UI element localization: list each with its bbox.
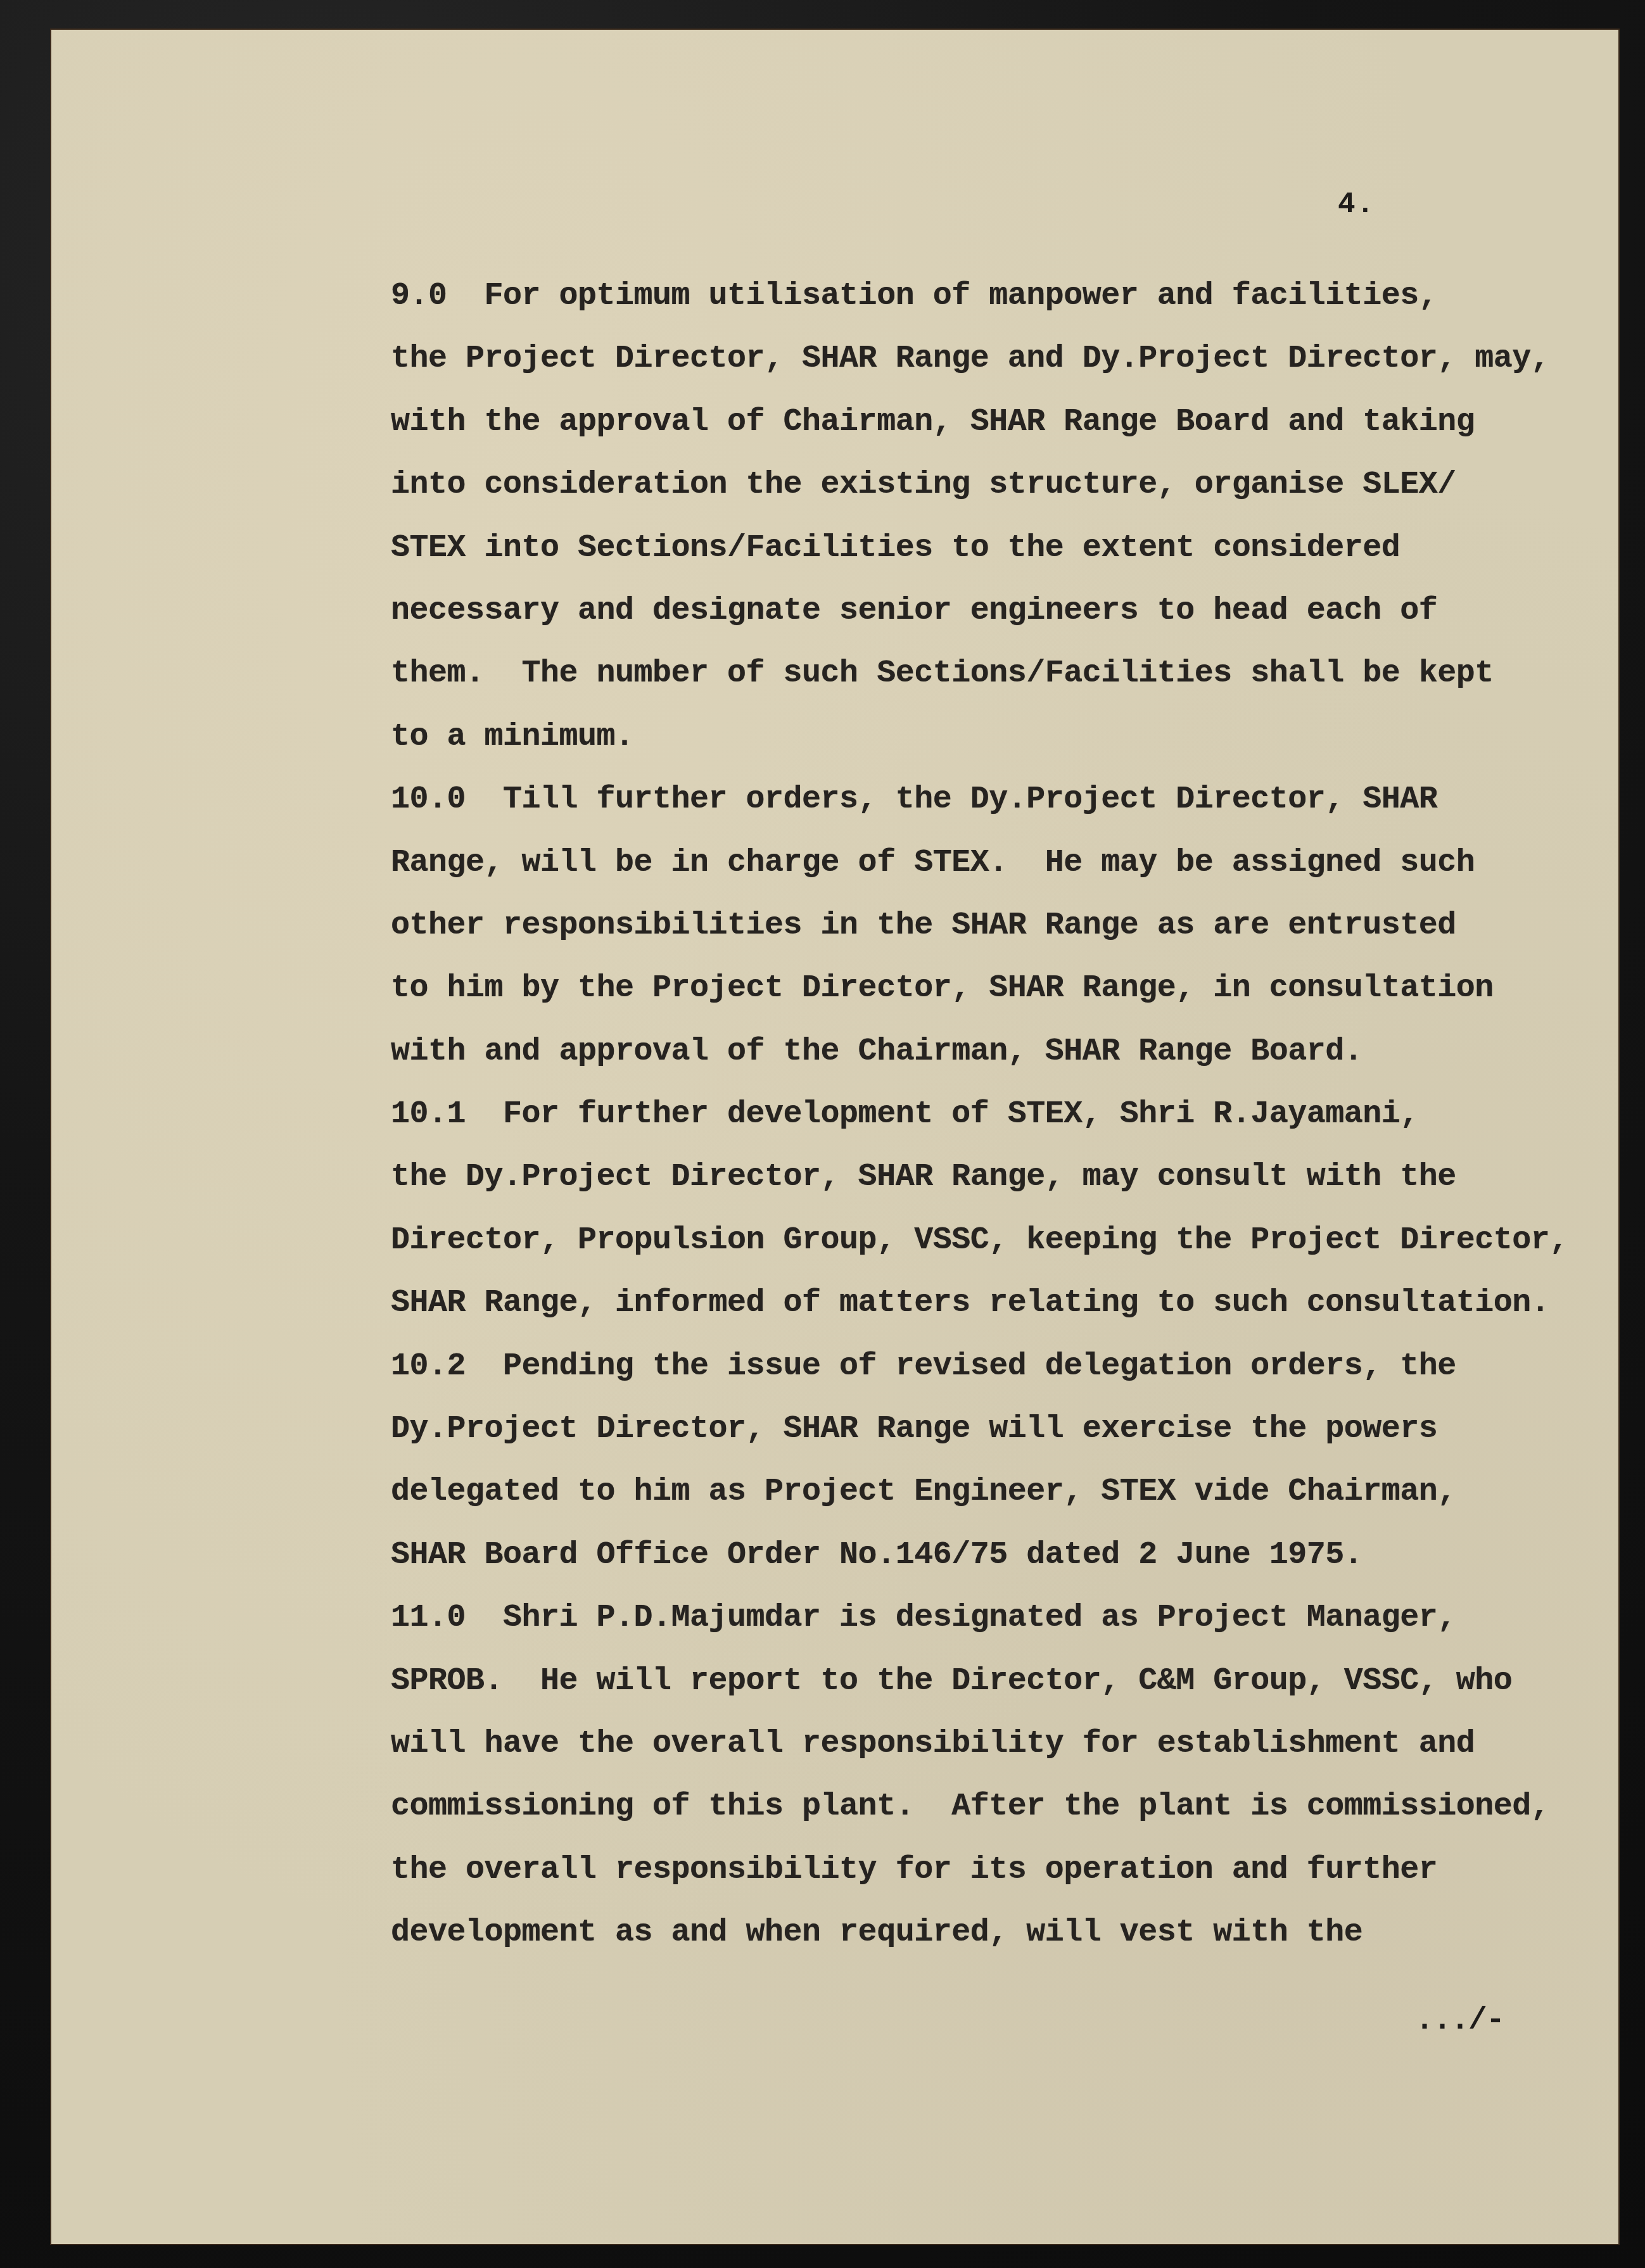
text-line: 11.0 Shri P.D.Majumdar is designated as …: [391, 1599, 1626, 1662]
text-line: other responsibilities in the SHAR Range…: [391, 907, 1626, 970]
text-line: with the approval of Chairman, SHAR Rang…: [391, 403, 1626, 466]
text-line: 10.2 Pending the issue of revised delega…: [391, 1348, 1626, 1410]
text-line: SPROB. He will report to the Director, C…: [391, 1663, 1626, 1725]
text-line: commissioning of this plant. After the p…: [391, 1788, 1626, 1851]
text-line: 10.1 For further development of STEX, Sh…: [391, 1096, 1626, 1158]
document-body: 9.0 For optimum utilisation of manpower …: [391, 277, 1626, 1977]
text-line: the Dy.Project Director, SHAR Range, may…: [391, 1158, 1626, 1221]
text-line: Director, Propulsion Group, VSSC, keepin…: [391, 1222, 1626, 1284]
text-line: STEX into Sections/Facilities to the ext…: [391, 529, 1626, 592]
text-line: to him by the Project Director, SHAR Ran…: [391, 970, 1626, 1032]
paragraph-10-2: 10.2 Pending the issue of revised delega…: [391, 1348, 1626, 1600]
text-line: development as and when required, will v…: [391, 1914, 1626, 1977]
text-line: the overall responsibility for its opera…: [391, 1851, 1626, 1914]
paragraph-10-1: 10.1 For further development of STEX, Sh…: [391, 1096, 1626, 1348]
text-line: them. The number of such Sections/Facili…: [391, 655, 1626, 718]
paragraph-11-0: 11.0 Shri P.D.Majumdar is designated as …: [391, 1599, 1626, 1977]
text-line: into consideration the existing structur…: [391, 466, 1626, 529]
text-line: delegated to him as Project Engineer, ST…: [391, 1473, 1626, 1536]
text-line: 9.0 For optimum utilisation of manpower …: [391, 277, 1626, 340]
text-line: will have the overall responsibility for…: [391, 1725, 1626, 1788]
text-line: necessary and designate senior engineers…: [391, 592, 1626, 655]
text-line: SHAR Range, informed of matters relating…: [391, 1284, 1626, 1347]
page-number: 4.: [1338, 188, 1375, 221]
text-line: with and approval of the Chairman, SHAR …: [391, 1033, 1626, 1096]
paragraph-9-0: 9.0 For optimum utilisation of manpower …: [391, 277, 1626, 781]
continuation-marker: .../-: [1415, 2003, 1504, 2039]
text-line: Range, will be in charge of STEX. He may…: [391, 844, 1626, 907]
text-line: to a minimum.: [391, 718, 1626, 781]
paragraph-10-0: 10.0 Till further orders, the Dy.Project…: [391, 781, 1626, 1096]
text-line: 10.0 Till further orders, the Dy.Project…: [391, 781, 1626, 844]
text-line: Dy.Project Director, SHAR Range will exe…: [391, 1410, 1626, 1473]
text-line: the Project Director, SHAR Range and Dy.…: [391, 340, 1626, 403]
text-line: SHAR Board Office Order No.146/75 dated …: [391, 1536, 1626, 1599]
